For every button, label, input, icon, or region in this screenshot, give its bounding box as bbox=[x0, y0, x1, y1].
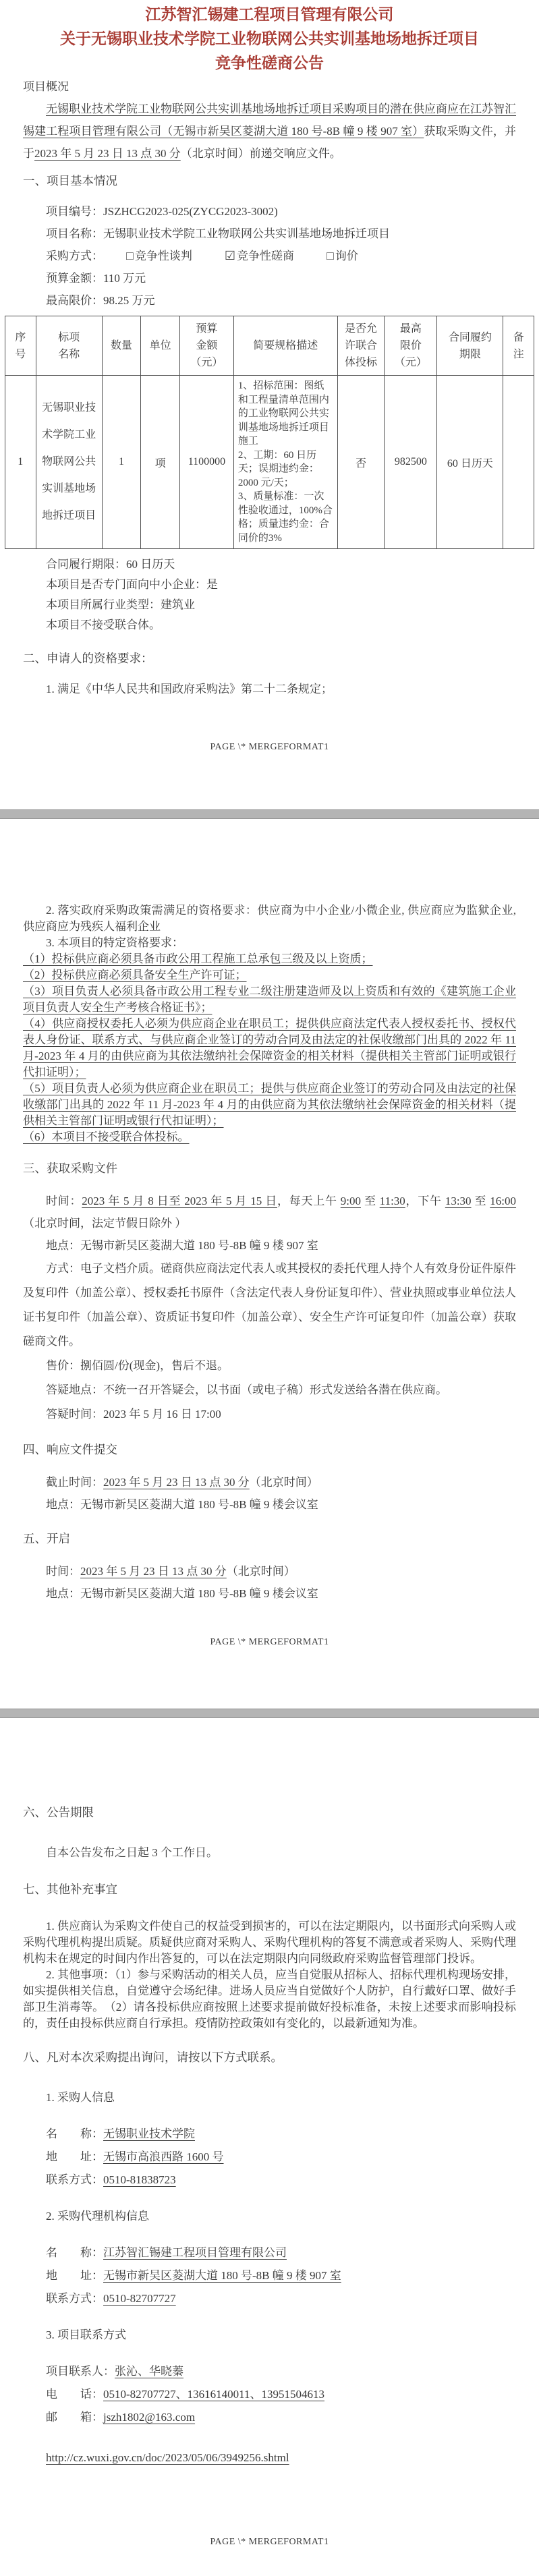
header-row: 序 号 标项 名称 数量 单位 预算 金额 （元） 简要规格描述 是否允 许联合… bbox=[5, 316, 534, 376]
section-4-heading: 四、响应文件提交 bbox=[23, 1439, 516, 1461]
section-6-heading: 六、公告期限 bbox=[23, 1802, 516, 1824]
agency-address-value: 无锡市新吴区菱湖大道 180 号-8B 幢 9 楼 907 室 bbox=[103, 2269, 341, 2282]
project-contact-person-label: 项目联系人： bbox=[46, 2365, 115, 2378]
opening-time-line: 时间：2023 年 5 月 23 日 13 点 30 分（北京时间） bbox=[23, 1560, 516, 1582]
col-header-duration: 合同履约 期限 bbox=[437, 316, 503, 376]
agency-info-heading: 2. 采购代理机构信息 bbox=[23, 2205, 516, 2228]
buyer-contact-value: 0510-81838723 bbox=[103, 2173, 176, 2186]
page-break bbox=[0, 1709, 539, 1718]
qa-place-line: 答疑地点：不统一召开答疑会，以书面（或电子稿）形式发送给各潜在供应商。 bbox=[23, 1378, 516, 1402]
method-option-label: 竞争性磋商 bbox=[237, 250, 294, 262]
agency-address-label: 地 址： bbox=[46, 2269, 103, 2282]
checkbox-unchecked-icon: □ bbox=[103, 245, 134, 267]
agency-address-line: 地 址：无锡市新吴区菱湖大道 180 号-8B 幢 9 楼 907 室 bbox=[23, 2264, 516, 2287]
col-header-unit: 单位 bbox=[141, 316, 180, 376]
project-phone-value: 0510-82707727、13616140011、13951504613 bbox=[103, 2388, 324, 2401]
project-email-value: jszh1802@163.com bbox=[103, 2411, 195, 2424]
cell-qty: 1 bbox=[102, 376, 141, 549]
document-method-paragraph: 方式：电子文档介质。磋商供应商法定代表人或其授权的委托代理人持个人有效身份证件原… bbox=[23, 1257, 516, 1354]
announcement-document: 江苏智汇锡建工程项目管理有限公司 关于无锡职业技术学院工业物联网公共实训基地场地… bbox=[0, 0, 539, 2576]
qualification-item-2: 2. 落实政府采购政策需满足的资格要求：供应商为中小企业/小微企业, 供应商应为… bbox=[23, 903, 516, 935]
buyer-name-line: 名 称：无锡职业技术学院 bbox=[23, 2123, 516, 2146]
project-phone-label: 电 话： bbox=[46, 2388, 103, 2401]
budget-value: 110 万元 bbox=[103, 272, 146, 285]
document-time-line: 时间：2023 年 5 月 8 日至 2023 年 5 月 15 日，每天上午 … bbox=[23, 1190, 516, 1234]
section-1-heading: 一、项目基本情况 bbox=[23, 170, 516, 192]
sme-line: 本项目是否专门面向中小企业：是 bbox=[23, 575, 516, 595]
project-number-line: 项目编号：JSZHCG2023-025(ZYCG2023-3002) bbox=[23, 200, 516, 223]
col-header-budget: 预算 金额 （元） bbox=[179, 316, 233, 376]
max-price-value: 98.25 万元 bbox=[103, 294, 155, 307]
section-7-heading: 七、其他补充事宜 bbox=[23, 1879, 516, 1901]
col-header-remark: 备 注 bbox=[503, 316, 534, 376]
col-header-qty: 数量 bbox=[102, 316, 141, 376]
qualification-item-3: 3. 本项目的特定资格要求： bbox=[23, 935, 516, 951]
cell-budget: 1100000 bbox=[179, 376, 233, 549]
method-option-negotiation: □竞争性谈判 bbox=[103, 250, 192, 262]
no-consortium-line: 本项目不接受联合体。 bbox=[23, 615, 516, 635]
purchase-method-label: 采购方式： bbox=[46, 250, 103, 262]
method-option-label: 询价 bbox=[335, 250, 358, 262]
col-header-seq: 序 号 bbox=[5, 316, 36, 376]
buyer-name-value: 无锡职业技术学院 bbox=[103, 2127, 195, 2140]
specific-requirement-4: （4）供应商授权委托人必须为供应商企业在职员工；提供供应商法定代表人授权委托书、… bbox=[23, 1016, 516, 1081]
doc-title-line-1: 江苏智汇锡建工程项目管理有限公司 bbox=[23, 3, 516, 27]
specific-requirement-1: （1）投标供应商必须具备市政公用工程施工总承包三级及以上资质； bbox=[23, 951, 516, 967]
agency-contact-label: 联系方式： bbox=[46, 2292, 103, 2305]
agency-name-value: 江苏智汇锡建工程项目管理有限公司 bbox=[103, 2246, 287, 2259]
method-option-label: 竞争性谈判 bbox=[135, 250, 192, 262]
project-email-line: 邮 箱：jszh1802@163.com bbox=[23, 2406, 516, 2429]
doc-title-line-3: 竞争性磋商公告 bbox=[23, 51, 516, 76]
announcement-period-line: 自本公告发布之日起 3 个工作日。 bbox=[23, 1841, 516, 1864]
specific-requirement-2: （2）投标供应商必须具备安全生产许可证； bbox=[23, 967, 516, 983]
table-row: 1 无锡职业技术学院工业物联网公共实训基地场地拆迁项目 1 项 1100000 … bbox=[5, 376, 534, 549]
specific-requirement-6: （6）本项目不接受联合体投标。 bbox=[23, 1129, 516, 1145]
buyer-contact-line: 联系方式：0510-81838723 bbox=[23, 2169, 516, 2192]
announcement-link[interactable]: http://cz.wuxi.gov.cn/doc/2023/05/06/394… bbox=[46, 2451, 289, 2464]
project-number-value: JSZHCG2023-025(ZYCG2023-3002) bbox=[103, 205, 278, 218]
agency-name-label: 名 称： bbox=[46, 2246, 103, 2259]
col-header-joint-bid: 是否允 许联合 体投标 bbox=[337, 316, 385, 376]
lot-table: 序 号 标项 名称 数量 单位 预算 金额 （元） 简要规格描述 是否允 许联合… bbox=[5, 316, 534, 549]
buyer-address-label: 地 址： bbox=[46, 2150, 103, 2163]
specific-requirement-3: （3）项目负责人必须具备市政公用工程专业二级注册建造师及以上资质和有效的《建筑施… bbox=[23, 983, 516, 1016]
checkbox-checked-icon: ☑ bbox=[202, 245, 235, 267]
method-option-consultation: ☑竞争性磋商 bbox=[202, 250, 294, 262]
col-header-spec: 简要规格描述 bbox=[233, 316, 337, 376]
overview-heading: 项目概况 bbox=[23, 76, 516, 98]
project-contact-person-value: 张沁、华晓蓁 bbox=[115, 2365, 183, 2378]
industry-line: 本项目所属行业类型：建筑业 bbox=[23, 595, 516, 615]
max-price-line: 最高限价：98.25 万元 bbox=[23, 289, 516, 312]
specific-requirement-5: （5）项目负责人必须为供应商企业在职员工；提供与供应商企业签订的劳动合同及由法定… bbox=[23, 1081, 516, 1129]
section-8-heading: 八、凡对本次采购提出询问，请按以下方式联系。 bbox=[23, 2047, 516, 2069]
buyer-name-label: 名 称： bbox=[46, 2127, 103, 2140]
submission-place-line: 地点：无锡市新吴区菱湖大道 180 号-8B 幢 9 楼会议室 bbox=[23, 1493, 516, 1516]
cell-remark bbox=[503, 376, 534, 549]
lot-table-header: 序 号 标项 名称 数量 单位 预算 金额 （元） 简要规格描述 是否允 许联合… bbox=[5, 316, 534, 376]
project-name-value: 无锡职业技术学院工业物联网公共实训基地场地拆迁项目 bbox=[103, 227, 390, 240]
overview-paragraph: 无锡职业技术学院工业物联网公共实训基地场地拆迁项目采购项目的潜在供应商应在江苏智… bbox=[23, 98, 516, 165]
cell-joint-bid: 否 bbox=[337, 376, 385, 549]
agency-name-line: 名 称：江苏智汇锡建工程项目管理有限公司 bbox=[23, 2241, 516, 2264]
max-price-label: 最高限价： bbox=[46, 294, 103, 307]
buyer-address-value: 无锡市高浪西路 1600 号 bbox=[103, 2150, 224, 2163]
section-2-heading: 二、申请人的资格要求： bbox=[23, 648, 516, 670]
page-1: 江苏智汇锡建工程项目管理有限公司 关于无锡职业技术学院工业物联网公共实训基地场地… bbox=[0, 0, 539, 809]
budget-label: 预算金额： bbox=[46, 272, 103, 285]
doc-title-line-2: 关于无锡职业技术学院工业物联网公共实训基地场地拆迁项目 bbox=[23, 27, 516, 51]
cell-max-price: 982500 bbox=[385, 376, 437, 549]
checkbox-unchecked-icon: □ bbox=[304, 245, 334, 267]
project-name-label: 项目名称： bbox=[46, 227, 103, 240]
project-phone-line: 电 话：0510-82707727、13616140011、1395150461… bbox=[23, 2383, 516, 2406]
other-matters-paragraph-2: 2. 其他事项：（1）参与采购活动的相关人员，应当自觉服从招标人、招标代理机构现… bbox=[23, 1967, 516, 2032]
agency-contact-line: 联系方式：0510-82707727 bbox=[23, 2287, 516, 2310]
buyer-address-line: 地 址：无锡市高浪西路 1600 号 bbox=[23, 2146, 516, 2169]
page-2: 2. 落实政府采购政策需满足的资格要求：供应商为中小企业/小微企业, 供应商应为… bbox=[0, 819, 539, 1709]
contract-period-line: 合同履行期限：60 日历天 bbox=[23, 554, 516, 575]
other-matters-paragraph-1: 1. 供应商认为采购文件使自己的权益受到损害的，可以在法定期限内，以书面形式向采… bbox=[23, 1918, 516, 1967]
page-footer: PAGE \* MERGEFORMAT1 bbox=[0, 1637, 539, 1648]
qa-time-line: 答疑时间：2023 年 5 月 16 日 17:00 bbox=[23, 1402, 516, 1427]
page-footer: PAGE \* MERGEFORMAT1 bbox=[0, 742, 539, 753]
page-break bbox=[0, 809, 539, 819]
method-option-inquiry: □询价 bbox=[304, 250, 358, 262]
cell-seq: 1 bbox=[5, 376, 36, 549]
project-contact-heading: 3. 项目联系方式 bbox=[23, 2324, 516, 2347]
announcement-link-line: http://cz.wuxi.gov.cn/doc/2023/05/06/394… bbox=[23, 2446, 516, 2469]
section-3-heading: 三、获取采购文件 bbox=[23, 1157, 516, 1180]
submission-deadline-line: 截止时间：2023 年 5 月 23 日 13 点 30 分（北京时间） bbox=[23, 1471, 516, 1493]
opening-place-line: 地点：无锡市新吴区菱湖大道 180 号-8B 幢 9 楼会议室 bbox=[23, 1582, 516, 1605]
cell-unit: 项 bbox=[141, 376, 180, 549]
cell-lot-name: 无锡职业技术学院工业物联网公共实训基地场地拆迁项目 bbox=[36, 376, 102, 549]
project-number-label: 项目编号： bbox=[46, 205, 103, 218]
document-price-line: 售价：捌佰圆/份(现金)，售后不退。 bbox=[23, 1354, 516, 1378]
buyer-info-heading: 1. 采购人信息 bbox=[23, 2086, 516, 2109]
purchase-method-line: 采购方式：□竞争性谈判☑竞争性磋商□询价 bbox=[23, 245, 516, 267]
agency-contact-value: 0510-82707727 bbox=[103, 2292, 176, 2305]
project-name-line: 项目名称：无锡职业技术学院工业物联网公共实训基地场地拆迁项目 bbox=[23, 223, 516, 245]
col-header-lot-name: 标项 名称 bbox=[36, 316, 102, 376]
page-3: 六、公告期限 自本公告发布之日起 3 个工作日。 七、其他补充事宜 1. 供应商… bbox=[0, 1718, 539, 2576]
project-email-label: 邮 箱： bbox=[46, 2411, 103, 2424]
document-place-line: 地点：无锡市新吴区菱湖大道 180 号-8B 幢 9 楼 907 室 bbox=[23, 1234, 516, 1257]
buyer-contact-label: 联系方式： bbox=[46, 2173, 103, 2186]
project-contact-person-line: 项目联系人：张沁、华晓蓁 bbox=[23, 2360, 516, 2383]
cell-duration: 60 日历天 bbox=[437, 376, 503, 549]
col-header-max-price: 最高 限价 （元） bbox=[385, 316, 437, 376]
budget-line: 预算金额：110 万元 bbox=[23, 267, 516, 289]
page-footer: PAGE \* MERGEFORMAT1 bbox=[0, 2537, 539, 2548]
cell-spec: 1、招标范围：图纸和工程量清单范围内的工业物联网公共实训基地场地拆迁项目施工 2… bbox=[233, 376, 337, 549]
qualification-item-1: 1. 满足《中华人民共和国政府采购法》第二十二条规定； bbox=[23, 678, 516, 700]
section-5-heading: 五、开启 bbox=[23, 1528, 516, 1550]
